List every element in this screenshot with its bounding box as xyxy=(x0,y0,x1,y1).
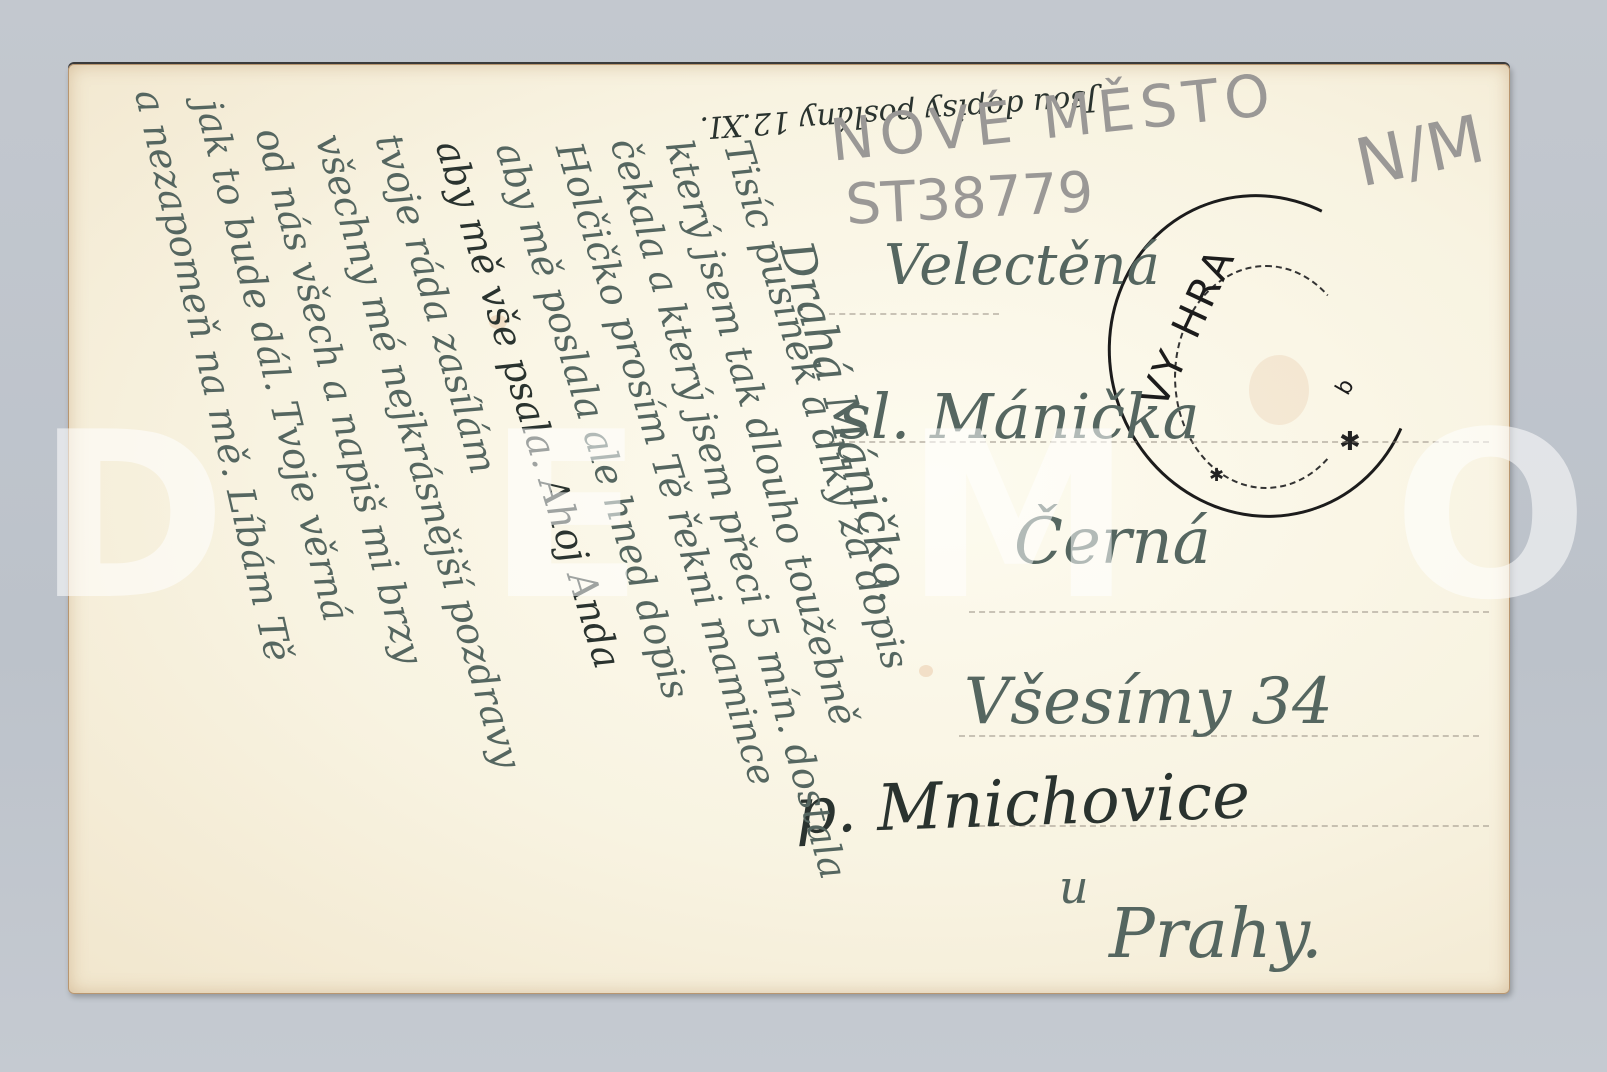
address-city-prefix: u xyxy=(1059,860,1089,914)
address-name: sl. Mánička xyxy=(839,380,1200,453)
address-street: Všesímy 34 xyxy=(964,665,1333,739)
address-line xyxy=(969,611,1489,613)
address-post: p. Mnichovice xyxy=(794,759,1251,849)
postcard-back: Jsou dopisy poslány 12.XI. NOVÉ MĚSTO ST… xyxy=(68,64,1510,994)
pencil-note-location: NOVÉ MĚSTO xyxy=(827,64,1279,175)
address-city: Prahy. xyxy=(1109,895,1323,974)
pencil-note-id: ST38779 xyxy=(844,160,1095,238)
address-surname: Černá xyxy=(1014,505,1211,579)
stain xyxy=(919,665,933,677)
postmark-star-icon: ✱ xyxy=(1209,465,1224,486)
address-line xyxy=(829,313,999,315)
address-salutation: Velectěná xyxy=(884,233,1160,298)
pencil-note-corner: N/M xyxy=(1349,100,1491,202)
